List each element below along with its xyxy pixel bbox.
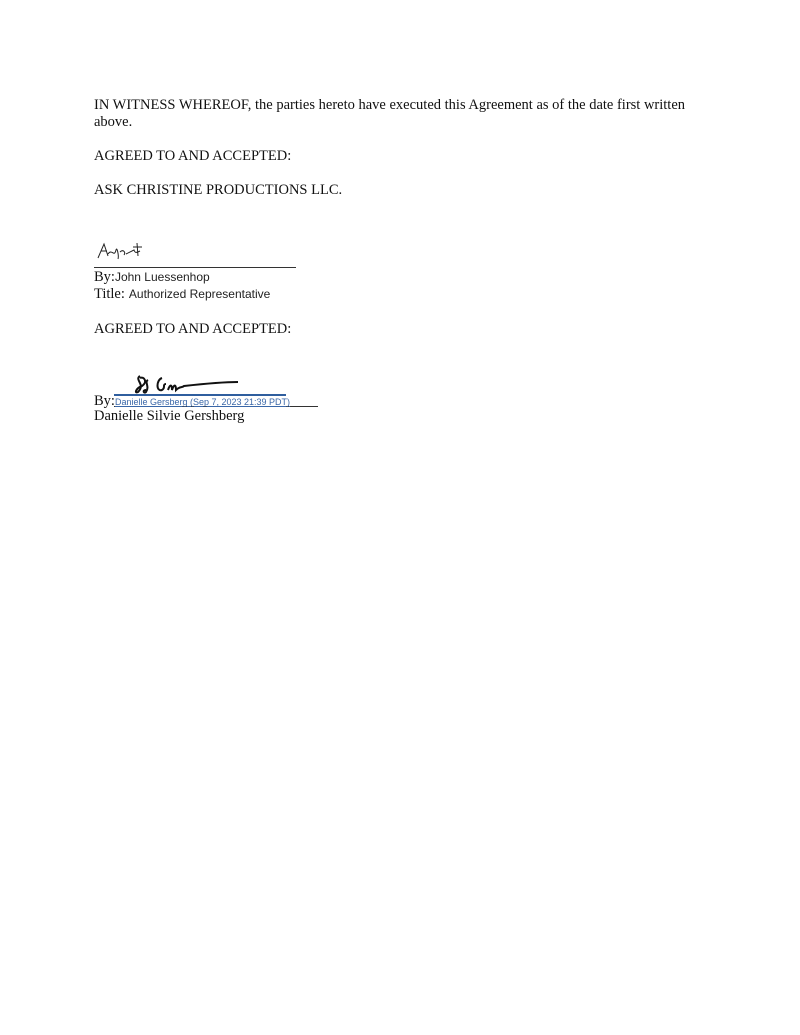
title-line-1: Title: Authorized Representative	[94, 285, 270, 303]
signatory-2-printed-name: Danielle Silvie Gershberg	[94, 408, 244, 425]
agreed-heading-2: AGREED TO AND ACCEPTED:	[94, 321, 291, 338]
title-label-1: Title:	[94, 286, 125, 302]
by-label-2: By:	[94, 393, 115, 409]
signatory-1-title: Authorized Representative	[129, 287, 270, 301]
by-line-1: By:John Luessenhop	[94, 268, 210, 286]
signatory-1-name: John Luessenhop	[115, 270, 210, 284]
witness-paragraph: IN WITNESS WHEREOF, the parties hereto h…	[94, 97, 694, 131]
company-name: ASK CHRISTINE PRODUCTIONS LLC.	[94, 182, 342, 199]
document-page: IN WITNESS WHEREOF, the parties hereto h…	[0, 0, 800, 1035]
by-label-1: By:	[94, 269, 115, 285]
signature-john-luessenhop	[96, 240, 146, 264]
agreed-heading-1: AGREED TO AND ACCEPTED:	[94, 148, 291, 165]
esign-stamp-link[interactable]: Danielle Gersberg (Sep 7, 2023 21:39 PDT…	[115, 397, 290, 407]
